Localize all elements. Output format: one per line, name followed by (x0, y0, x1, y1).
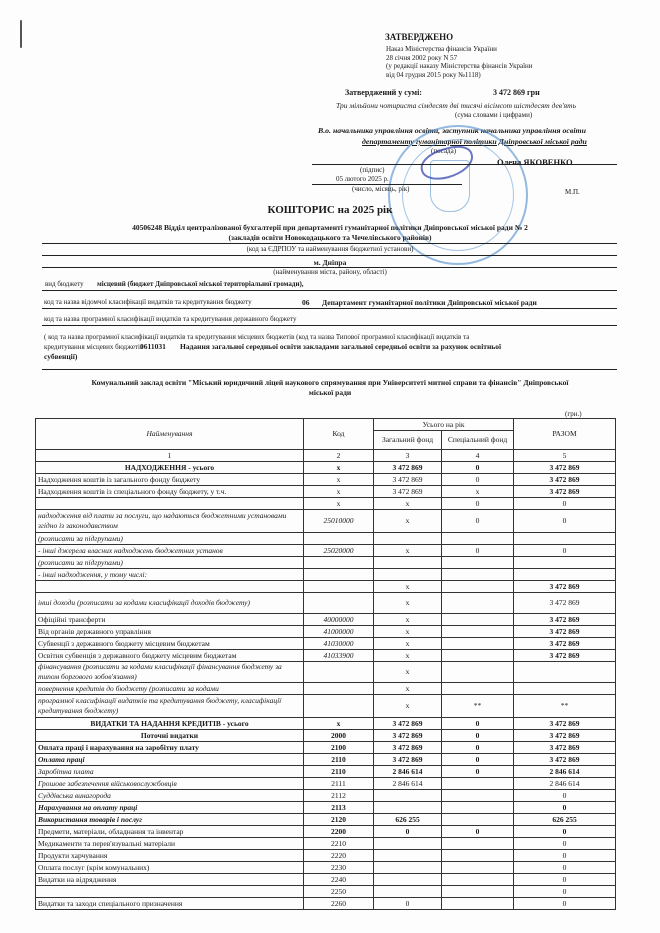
date-caption: (число, місяць, рік) (352, 185, 410, 193)
row-total: 3 472 869 (514, 650, 616, 662)
row-total: 0 (514, 790, 616, 802)
row-general-fund: 3 472 869 (374, 742, 442, 754)
row-code: 41000000 (304, 626, 374, 638)
row-total: 2 846 614 (514, 766, 616, 778)
divider (42, 308, 617, 309)
row-code: x (304, 718, 374, 730)
row-name: Видатки та заходи спеціального призначен… (36, 898, 304, 910)
row-code: 2100 (304, 742, 374, 754)
row-name: Від органів державного управління (36, 626, 304, 638)
order-line: від 04 грудня 2015 року №1118) (386, 71, 533, 80)
table-row: НАДХОДЖЕННЯ - усьогоx3 472 86903 472 869 (36, 462, 616, 474)
row-special-fund: 0 (442, 718, 514, 730)
order-line: 28 січня 2002 року N 57 (386, 54, 533, 63)
column-number-row: 1 2 3 4 5 (36, 450, 616, 462)
row-code: x (304, 486, 374, 498)
row-general-fund: x (374, 498, 442, 510)
state-program-label: код та назва програмної класифікації вид… (44, 315, 296, 323)
row-code (304, 533, 374, 545)
row-name: Продукти харчування (36, 850, 304, 862)
row-total: 626 255 (514, 814, 616, 826)
col-header-name: Найменування (36, 419, 304, 450)
row-code: 41030000 (304, 638, 374, 650)
table-row: Від органів державного управління4100000… (36, 626, 616, 638)
institution-line-2: (закладів освіти Новокодацького та Чечел… (0, 233, 660, 242)
col-header-special-fund: Спеціальний фонд (442, 431, 514, 450)
row-special-fund (442, 778, 514, 790)
approved-sum-value: 3 472 869 грн (493, 88, 540, 97)
row-general-fund (374, 533, 442, 545)
table-row: Поточні видатки20003 472 86903 472 869 (36, 730, 616, 742)
table-row: Офіційні трансферти40000000x3 472 869 (36, 614, 616, 626)
row-special-fund (442, 533, 514, 545)
header-row: Найменування Код Усього на рік РАЗОМ (36, 419, 616, 431)
row-general-fund: 3 472 869 (374, 730, 442, 742)
table-row: Нарахування на оплату праці21130 (36, 802, 616, 814)
row-code: 2240 (304, 874, 374, 886)
row-code: x (304, 462, 374, 474)
row-general-fund: 3 472 869 (374, 754, 442, 766)
table-row: x3 472 869 (36, 581, 616, 593)
row-code: 2260 (304, 898, 374, 910)
school-line-1: Комунальний заклад освіти "Міський юриди… (0, 378, 660, 387)
approval-date: 05 лютого 2025 р. (336, 175, 389, 183)
row-special-fund (442, 886, 514, 898)
row-total (514, 569, 616, 581)
table-row: інші доходи (розписати за кодами класифі… (36, 593, 616, 614)
row-total: 0 (514, 898, 616, 910)
local-program-name: Надання загальної середньої освіти закла… (180, 342, 501, 351)
local-program-label-1: ( код та назва програмної класифікації в… (44, 333, 469, 341)
row-special-fund: 0 (442, 730, 514, 742)
divider (42, 325, 617, 326)
row-code: 2210 (304, 838, 374, 850)
row-total (514, 533, 616, 545)
table-row: Видатки на відрядження22400 (36, 874, 616, 886)
row-name: Оплата праці і нарахування на заробітну … (36, 742, 304, 754)
budget-type-value: місцевий (бюджет Дніпровської міської те… (97, 280, 304, 288)
row-name: інші доходи (розписати за кодами класифі… (36, 593, 304, 614)
row-general-fund (374, 850, 442, 862)
row-total: 0 (514, 510, 616, 533)
document-title: КОШТОРИС на 2025 рік (0, 204, 660, 216)
row-name: програмної класифікації видатків та кред… (36, 695, 304, 718)
institution-caption: (код за ЄДРПОУ та найменування бюджетної… (0, 245, 660, 253)
order-line: Наказ Міністерства фінансів України (386, 45, 533, 54)
row-code (304, 683, 374, 695)
order-line: (у редакції наказу Міністерства фінансів… (386, 62, 533, 71)
school-line-2: міської ради (0, 388, 660, 397)
row-special-fund (442, 683, 514, 695)
row-general-fund: x (374, 695, 442, 718)
table-row: Предмети, матеріали, обладнання та інвен… (36, 826, 616, 838)
row-general-fund (374, 874, 442, 886)
row-name: Оплата послуг (крім комунальних) (36, 862, 304, 874)
row-total: 0 (514, 874, 616, 886)
row-special-fund (442, 850, 514, 862)
table-row: Оплата послуг (крім комунальних)22300 (36, 862, 616, 874)
row-total: 3 472 869 (514, 754, 616, 766)
row-total: 0 (514, 886, 616, 898)
row-code: 41033900 (304, 650, 374, 662)
table-row: Продукти харчування22200 (36, 850, 616, 862)
row-code (304, 557, 374, 569)
row-total: 0 (514, 802, 616, 814)
approved-sum-label: Затверджений у сумі: (345, 88, 422, 97)
col-number: 1 (36, 450, 304, 462)
row-name: Медикаменти та перев'язувальні матеріали (36, 838, 304, 850)
row-total: 3 472 869 (514, 593, 616, 614)
row-special-fund: 0 (442, 545, 514, 557)
row-name: ВИДАТКИ ТА НАДАННЯ КРЕДИТІВ - усього (36, 718, 304, 730)
row-total: 3 472 869 (514, 474, 616, 486)
row-general-fund (374, 886, 442, 898)
row-special-fund (442, 650, 514, 662)
row-code (304, 593, 374, 614)
row-special-fund (442, 557, 514, 569)
row-name: - інші надходження, у тому числі: (36, 569, 304, 581)
row-name: Субвенції з державного бюджету місцевим … (36, 638, 304, 650)
local-program-name-2: субвенції) (44, 352, 77, 361)
row-general-fund: 0 (374, 826, 442, 838)
row-total: ** (514, 695, 616, 718)
local-program-label-2: кредитування місцевих бюджетів (44, 343, 143, 351)
row-special-fund (442, 790, 514, 802)
row-special-fund (442, 593, 514, 614)
row-total: 3 472 869 (514, 638, 616, 650)
row-code: 2200 (304, 826, 374, 838)
city-caption: (найменування міста, району, області) (0, 268, 660, 276)
row-name: Суддівська винагорода (36, 790, 304, 802)
row-special-fund: 0 (442, 510, 514, 533)
row-general-fund: 626 255 (374, 814, 442, 826)
row-code: 25020000 (304, 545, 374, 557)
table-row: (розписати за підгрупами) (36, 557, 616, 569)
row-name (36, 886, 304, 898)
table-row: Грошове забезпечення військовослужбовців… (36, 778, 616, 790)
budget-type-label: вид бюджету (45, 280, 84, 288)
table-row: повернення кредитів до бюджету (розписат… (36, 683, 616, 695)
row-special-fund: ** (442, 695, 514, 718)
row-name: (розписати за підгрупами) (36, 557, 304, 569)
signature-caption: (підпис) (360, 166, 385, 174)
dept-class-name: Департамент гуманітарної політики Дніпро… (322, 298, 537, 307)
row-total: 0 (514, 498, 616, 510)
row-name: Надходження коштів із спеціального фонду… (36, 486, 304, 498)
sum-caption: (сума словами і цифрами) (455, 111, 532, 119)
row-special-fund (442, 581, 514, 593)
approval-order: Наказ Міністерства фінансів України 28 с… (386, 45, 533, 79)
row-general-fund: 3 472 869 (374, 486, 442, 498)
row-code: 2110 (304, 766, 374, 778)
col-number: 5 (514, 450, 616, 462)
row-name: Заробітна плата (36, 766, 304, 778)
row-general-fund: x (374, 650, 442, 662)
row-general-fund (374, 802, 442, 814)
row-general-fund: x (374, 683, 442, 695)
row-general-fund: 3 472 869 (374, 718, 442, 730)
table-row: ВИДАТКИ ТА НАДАННЯ КРЕДИТІВ - усьогоx3 4… (36, 718, 616, 730)
row-special-fund (442, 626, 514, 638)
city: м. Дніпра (0, 258, 660, 267)
divider (42, 255, 617, 256)
row-name: НАДХОДЖЕННЯ - усього (36, 462, 304, 474)
row-special-fund (442, 838, 514, 850)
table-row: Освітня субвенція з державного бюджету м… (36, 650, 616, 662)
row-total: 2 846 614 (514, 778, 616, 790)
table-row: Субвенції з державного бюджету місцевим … (36, 638, 616, 650)
divider (42, 290, 617, 291)
table-row: Оплата праці і нарахування на заробітну … (36, 742, 616, 754)
table-row: надходження від плати за послуги, що над… (36, 510, 616, 533)
row-total: 3 472 869 (514, 742, 616, 754)
row-general-fund (374, 838, 442, 850)
row-code: 2111 (304, 778, 374, 790)
row-name: Надходження коштів із загального фонду б… (36, 474, 304, 486)
row-name: повернення кредитів до бюджету (розписат… (36, 683, 304, 695)
row-total: 0 (514, 826, 616, 838)
row-general-fund (374, 557, 442, 569)
row-total (514, 683, 616, 695)
table-row: програмної класифікації видатків та кред… (36, 695, 616, 718)
table-row: Оплата праці21103 472 86903 472 869 (36, 754, 616, 766)
row-total (514, 662, 616, 683)
binder-hole-mark (20, 20, 22, 48)
row-total: 3 472 869 (514, 718, 616, 730)
row-name: Предмети, матеріали, обладнання та інвен… (36, 826, 304, 838)
row-code: 2220 (304, 850, 374, 862)
col-number: 2 (304, 450, 374, 462)
local-program-code: 0611031 (140, 342, 166, 351)
row-total: 3 472 869 (514, 614, 616, 626)
row-special-fund: 0 (442, 462, 514, 474)
row-code: 2250 (304, 886, 374, 898)
row-code: 2230 (304, 862, 374, 874)
row-special-fund (442, 898, 514, 910)
row-special-fund: 0 (442, 766, 514, 778)
row-general-fund: x (374, 545, 442, 557)
table-row: Медикаменти та перев'язувальні матеріали… (36, 838, 616, 850)
row-total: 3 472 869 (514, 730, 616, 742)
row-general-fund: x (374, 510, 442, 533)
row-special-fund (442, 862, 514, 874)
row-special-fund: 0 (442, 498, 514, 510)
row-general-fund: 3 472 869 (374, 462, 442, 474)
seal-label: М.П. (565, 188, 580, 196)
row-name: Офіційні трансферти (36, 614, 304, 626)
signer-name: Олена ЯКОВЕНКО (497, 157, 573, 167)
currency-unit: (грн.) (565, 410, 582, 418)
table-row: Заробітна плата21102 846 61402 846 614 (36, 766, 616, 778)
row-code (304, 662, 374, 683)
table-row: (розписати за підгрупами) (36, 533, 616, 545)
row-name: Грошове забезпечення військовослужбовців (36, 778, 304, 790)
row-special-fund (442, 638, 514, 650)
sum-in-words: Три мільйони чотириста сімдесят дві тися… (336, 101, 576, 110)
row-total: 3 472 869 (514, 626, 616, 638)
row-general-fund: x (374, 593, 442, 614)
row-total: 3 472 869 (514, 462, 616, 474)
row-general-fund: x (374, 626, 442, 638)
row-name: Використання товарів і послуг (36, 814, 304, 826)
row-total: 0 (514, 850, 616, 862)
row-total (514, 557, 616, 569)
row-general-fund: 2 846 614 (374, 778, 442, 790)
table-row: Використання товарів і послуг2120626 255… (36, 814, 616, 826)
row-name: Оплата праці (36, 754, 304, 766)
row-name: (розписати за підгрупами) (36, 533, 304, 545)
col-number: 3 (374, 450, 442, 462)
row-general-fund: x (374, 662, 442, 683)
table-row: - інші надходження, у тому числі: (36, 569, 616, 581)
row-code: 2113 (304, 802, 374, 814)
dept-class-code: 06 (302, 298, 310, 307)
institution-line-1: 40506248 Відділ централізованої бухгалте… (0, 223, 660, 232)
dept-class-label: код та назва відомчої класифікації видат… (44, 298, 252, 306)
table-row: Надходження коштів із спеціального фонду… (36, 486, 616, 498)
table-row: 22500 (36, 886, 616, 898)
row-code: 40000000 (304, 614, 374, 626)
row-name: - інші джерела власних надходжень бюджет… (36, 545, 304, 557)
row-name: фінансування (розписати за кодами класиф… (36, 662, 304, 683)
row-special-fund (442, 662, 514, 683)
budget-table: Найменування Код Усього на рік РАЗОМ Заг… (35, 418, 616, 910)
row-name: Освітня субвенція з державного бюджету м… (36, 650, 304, 662)
row-name: Видатки на відрядження (36, 874, 304, 886)
row-code: 2112 (304, 790, 374, 802)
row-code (304, 695, 374, 718)
row-code: 25010000 (304, 510, 374, 533)
row-special-fund (442, 802, 514, 814)
row-code: 2110 (304, 754, 374, 766)
table-row: Видатки та заходи спеціального призначен… (36, 898, 616, 910)
row-total: 0 (514, 838, 616, 850)
approval-header: ЗАТВЕРДЖЕНО (385, 32, 453, 42)
row-special-fund: x (442, 486, 514, 498)
row-general-fund: x (374, 581, 442, 593)
row-general-fund: x (374, 638, 442, 650)
row-special-fund (442, 814, 514, 826)
row-general-fund: 0 (374, 898, 442, 910)
row-name (36, 581, 304, 593)
col-header-sum: РАЗОМ (514, 419, 616, 450)
row-special-fund (442, 569, 514, 581)
row-special-fund (442, 874, 514, 886)
row-special-fund (442, 614, 514, 626)
row-general-fund: 3 472 869 (374, 474, 442, 486)
row-general-fund: x (374, 614, 442, 626)
row-total: 3 472 869 (514, 581, 616, 593)
table-row: Надходження коштів із загального фонду б… (36, 474, 616, 486)
row-code: 2120 (304, 814, 374, 826)
row-name (36, 498, 304, 510)
row-name: Нарахування на оплату праці (36, 802, 304, 814)
row-special-fund: 0 (442, 474, 514, 486)
table-row: Суддівська винагорода21120 (36, 790, 616, 802)
row-code: x (304, 474, 374, 486)
col-header-code: Код (304, 419, 374, 450)
row-total: 3 472 869 (514, 486, 616, 498)
row-total: 0 (514, 545, 616, 557)
row-general-fund: 2 846 614 (374, 766, 442, 778)
divider (42, 243, 617, 244)
row-general-fund (374, 569, 442, 581)
row-name: Поточні видатки (36, 730, 304, 742)
row-general-fund (374, 862, 442, 874)
row-name: надходження від плати за послуги, що над… (36, 510, 304, 533)
table-row: xx00 (36, 498, 616, 510)
table-row: - інші джерела власних надходжень бюджет… (36, 545, 616, 557)
row-code: 2000 (304, 730, 374, 742)
row-total: 0 (514, 862, 616, 874)
col-header-total-year: Усього на рік (374, 419, 514, 431)
row-code: x (304, 498, 374, 510)
row-special-fund: 0 (442, 742, 514, 754)
col-header-general-fund: Загальний фонд (374, 431, 442, 450)
row-general-fund (374, 790, 442, 802)
row-special-fund: 0 (442, 754, 514, 766)
row-special-fund: 0 (442, 826, 514, 838)
row-code (304, 581, 374, 593)
divider (42, 369, 617, 370)
col-number: 4 (442, 450, 514, 462)
table-row: фінансування (розписати за кодами класиф… (36, 662, 616, 683)
row-code (304, 569, 374, 581)
